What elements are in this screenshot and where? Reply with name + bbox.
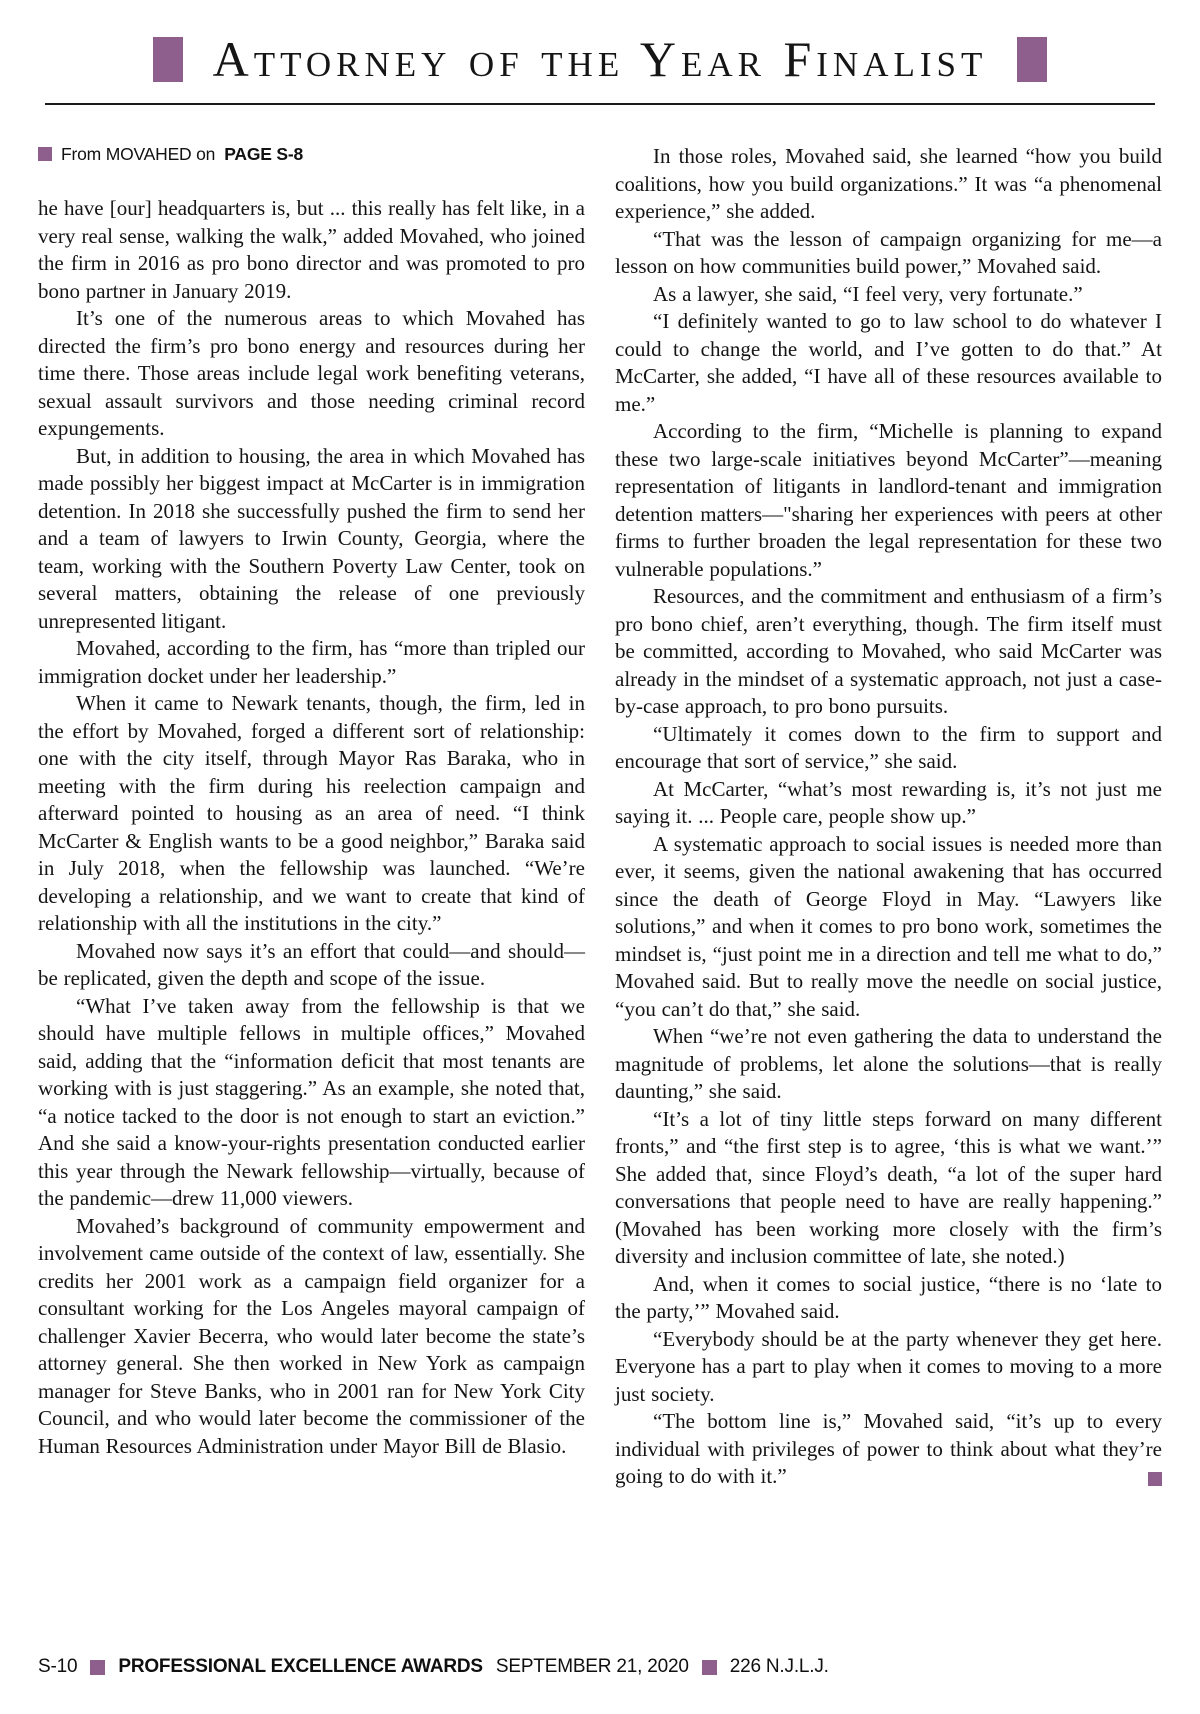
paragraph: “Everybody should be at the party whenev… bbox=[615, 1326, 1162, 1409]
paragraph: When it came to Newark tenants, though, … bbox=[38, 690, 585, 938]
footer-date: SEPTEMBER 21, 2020 bbox=[496, 1656, 689, 1678]
page-footer: S-10 PROFESSIONAL EXCELLENCE AWARDS SEPT… bbox=[38, 1656, 829, 1678]
left-column: From MOVAHED on PAGE S-8 he have [our] h… bbox=[38, 143, 585, 1491]
paragraph: “It’s a lot of tiny little steps forward… bbox=[615, 1106, 1162, 1271]
footer-publication: PROFESSIONAL EXCELLENCE AWARDS bbox=[118, 1656, 483, 1678]
paragraph: In those roles, Movahed said, she learne… bbox=[615, 143, 1162, 226]
paragraph: Movahed’s background of community empowe… bbox=[38, 1213, 585, 1461]
article-body: From MOVAHED on PAGE S-8 he have [our] h… bbox=[0, 143, 1200, 1491]
paragraph: When “we’re not even gathering the data … bbox=[615, 1023, 1162, 1106]
paragraph: It’s one of the numerous areas to which … bbox=[38, 305, 585, 443]
paragraph: “I definitely wanted to go to law school… bbox=[615, 308, 1162, 418]
paragraph: But, in addition to housing, the area in… bbox=[38, 443, 585, 636]
jump-tag-square-icon bbox=[38, 147, 52, 161]
paragraph: Movahed, according to the firm, has “mor… bbox=[38, 635, 585, 690]
right-column: In those roles, Movahed said, she learne… bbox=[615, 143, 1162, 1491]
paragraph: he have [our] headquarters is, but ... t… bbox=[38, 195, 585, 305]
header-divider bbox=[45, 103, 1155, 105]
paragraph: And, when it comes to social justice, “t… bbox=[615, 1271, 1162, 1326]
paragraph: “That was the lesson of campaign organiz… bbox=[615, 226, 1162, 281]
paragraph: Resources, and the commitment and enthus… bbox=[615, 583, 1162, 721]
paragraph: At McCarter, “what’s most rewarding is, … bbox=[615, 776, 1162, 831]
footer-square-icon bbox=[702, 1660, 717, 1675]
section-title: Attorney of the Year Finalist bbox=[213, 34, 988, 84]
paragraph: As a lawyer, she said, “I feel very, ver… bbox=[615, 281, 1162, 309]
footer-issue: 226 N.J.L.J. bbox=[730, 1656, 829, 1678]
paragraph: According to the firm, “Michelle is plan… bbox=[615, 418, 1162, 583]
header-left-square-icon bbox=[153, 37, 183, 82]
paragraph: “What I’ve taken away from the fellowshi… bbox=[38, 993, 585, 1213]
paragraph: “Ultimately it comes down to the firm to… bbox=[615, 721, 1162, 776]
article-end-square-icon bbox=[1148, 1472, 1162, 1486]
newspaper-page: Attorney of the Year Finalist From MOVAH… bbox=[0, 0, 1200, 1714]
footer-page-number: S-10 bbox=[38, 1656, 77, 1678]
paragraph-last: “The bottom line is,” Movahed said, “it’… bbox=[615, 1408, 1162, 1491]
paragraph-text: “The bottom line is,” Movahed said, “it’… bbox=[615, 1409, 1162, 1488]
paragraph: A systematic approach to social issues i… bbox=[615, 831, 1162, 1024]
jump-tag-page-ref: PAGE S-8 bbox=[224, 144, 303, 165]
jump-tag: From MOVAHED on PAGE S-8 bbox=[38, 143, 585, 165]
footer-square-icon bbox=[90, 1660, 105, 1675]
section-header: Attorney of the Year Finalist bbox=[0, 0, 1200, 84]
jump-tag-text: From MOVAHED on bbox=[61, 144, 215, 165]
header-right-square-icon bbox=[1017, 37, 1047, 82]
paragraph: Movahed now says it’s an effort that cou… bbox=[38, 938, 585, 993]
